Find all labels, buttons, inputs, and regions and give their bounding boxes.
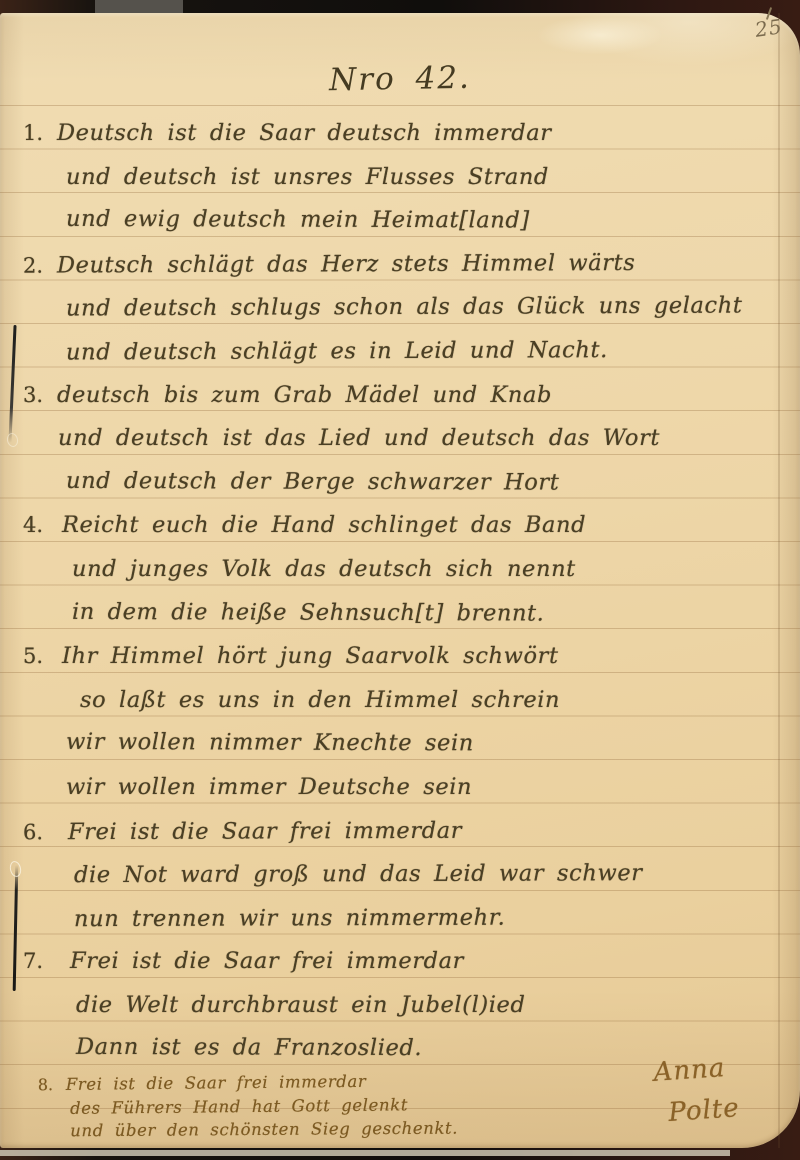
verse-line: und ewig deutsch mein Heimat[land] xyxy=(0,198,796,244)
verse-line-text: deutsch bis zum Grab Mädel und Knab xyxy=(57,382,552,408)
verse-line-text: Dann ist es da Franzoslied. xyxy=(76,1034,422,1061)
verse: 2.Deutsch schlägt das Herz stets Himmel … xyxy=(0,243,796,374)
verse-line: 5.Ihr Himmel hört jung Saarvolk schwört xyxy=(0,635,796,679)
verse: 6.Frei ist die Saar frei immerdardie Not… xyxy=(0,810,796,941)
verse-number: 6. xyxy=(23,811,43,855)
verse-line: in dem die heiße Sehnsuch[t] brennt. xyxy=(0,590,796,636)
verse: 5.Ihr Himmel hört jung Saarvolk schwörts… xyxy=(0,635,796,809)
verse-line-text: Reicht euch die Hand schlinget das Band xyxy=(62,512,586,538)
verse-line: wir wollen immer Deutsche sein xyxy=(0,766,796,810)
notebook-page: 25 Nro 42. 1.Deutsch ist die Saar deutsc… xyxy=(0,13,800,1148)
signature-last-name: Polte xyxy=(667,1093,740,1128)
verse-line-text: und deutsch der Berge schwarzer Hort xyxy=(66,468,559,496)
verse-line-text: Frei ist die Saar frei immerdar xyxy=(66,1072,367,1094)
verse-line: und deutsch schlägt es in Leid und Nacht… xyxy=(0,328,796,375)
signature: Anna Polte xyxy=(653,1052,741,1129)
verse-line-text: und über den schönsten Sieg geschenkt. xyxy=(70,1119,458,1141)
verse-line-text: und deutsch schlugs schon als das Glück … xyxy=(66,293,743,322)
verse-line-text: und junges Volk das deutsch sich nennt xyxy=(72,556,576,582)
verse-line-text: und deutsch schlägt es in Leid und Nacht… xyxy=(66,337,608,365)
verse-line: 4.Reicht euch die Hand schlinget das Ban… xyxy=(0,504,796,548)
verse-line: 6.Frei ist die Saar frei immerdar xyxy=(0,808,796,854)
verse-line-text: und ewig deutsch mein Heimat[land] xyxy=(66,206,530,234)
verse-line: und junges Volk das deutsch sich nennt xyxy=(0,548,796,592)
verse-line: wir wollen nimmer Knechte sein xyxy=(0,721,796,767)
verse-number: 7. xyxy=(23,940,43,984)
page-title: Nro 42. xyxy=(0,54,800,104)
verse-line-text: nun trennen wir uns nimmermehr. xyxy=(74,904,505,932)
verse-line: die Not ward groß und das Leid war schwe… xyxy=(0,852,796,898)
verse-line-text: die Not ward groß und das Leid war schwe… xyxy=(74,860,643,888)
verse-line: und deutsch ist unsres Flusses Strand xyxy=(0,156,796,200)
verse-line: die Welt durchbraust ein Jubel(l)ied xyxy=(0,984,796,1028)
verse-line: und deutsch schlugs schon als das Glück … xyxy=(0,285,796,332)
scanned-notebook-page: 25 Nro 42. 1.Deutsch ist die Saar deutsc… xyxy=(0,0,800,1160)
verse-8-block: 8.Frei ist die Saar frei immerdardes Füh… xyxy=(38,1069,459,1144)
verse-line: nun trennen wir uns nimmermehr. xyxy=(0,895,796,941)
signature-first-name: Anna xyxy=(653,1052,738,1088)
verse-line-text: des Führers Hand hat Gott gelenkt xyxy=(70,1095,408,1118)
verse: 7.Frei ist die Saar frei immerdardie Wel… xyxy=(0,940,796,1071)
verse-line: und deutsch ist das Lied und deutsch das… xyxy=(0,417,796,461)
verse-line-text: und deutsch ist unsres Flusses Strand xyxy=(66,164,549,190)
verse-line-text: in dem die heiße Sehnsuch[t] brennt. xyxy=(72,598,545,626)
verse-line: 1.Deutsch ist die Saar deutsch immerdar xyxy=(0,112,796,156)
verse-line-text: Ihr Himmel hört jung Saarvolk schwört xyxy=(62,643,559,669)
verse-number: 3. xyxy=(23,374,43,418)
verse: 3.deutsch bis zum Grab Mädel und Knabund… xyxy=(0,374,796,505)
verse-line: 2.Deutsch schlägt das Herz stets Himmel … xyxy=(0,241,796,288)
verse: 4.Reicht euch die Hand schlinget das Ban… xyxy=(0,504,796,635)
verse-line-text: Frei ist die Saar frei immerdar xyxy=(70,948,464,974)
verse-line-text: die Welt durchbraust ein Jubel(l)ied xyxy=(76,992,525,1018)
underlying-page-edge xyxy=(0,1150,730,1156)
verse-line-text: so laßt es uns in den Himmel schrein xyxy=(80,687,560,713)
verse-line: und deutsch der Berge schwarzer Hort xyxy=(0,459,796,505)
verse-line: und über den schönsten Sieg geschenkt. xyxy=(38,1117,458,1143)
verse-line-text: wir wollen nimmer Knechte sein xyxy=(66,729,474,756)
verse-line: 7.Frei ist die Saar frei immerdar xyxy=(0,940,796,984)
verse: 1.Deutsch ist die Saar deutsch immerdaru… xyxy=(0,112,796,243)
verse-line-text: Deutsch ist die Saar deutsch immerdar xyxy=(57,120,552,146)
verse-line-text: Deutsch schlägt das Herz stets Himmel wä… xyxy=(57,250,635,279)
verse-line: so laßt es uns in den Himmel schrein xyxy=(0,679,796,723)
verse-number: 2. xyxy=(23,244,43,288)
verse-number: 5. xyxy=(23,635,43,679)
verse: 8.Frei ist die Saar frei immerdardes Füh… xyxy=(38,1069,459,1144)
verse-number: 4. xyxy=(23,504,43,548)
verse-number: 1. xyxy=(23,112,43,156)
verse-number: 8. xyxy=(38,1073,54,1097)
verse-line-text: wir wollen immer Deutsche sein xyxy=(66,774,472,800)
verse-line-text: Frei ist die Saar frei immerdar xyxy=(68,817,462,844)
verse-line: 3.deutsch bis zum Grab Mädel und Knab xyxy=(0,374,796,418)
verses-main: 1.Deutsch ist die Saar deutsch immerdaru… xyxy=(0,112,796,1071)
page-number: 25 xyxy=(753,14,784,42)
verse-line-text: und deutsch ist das Lied und deutsch das… xyxy=(58,425,660,451)
